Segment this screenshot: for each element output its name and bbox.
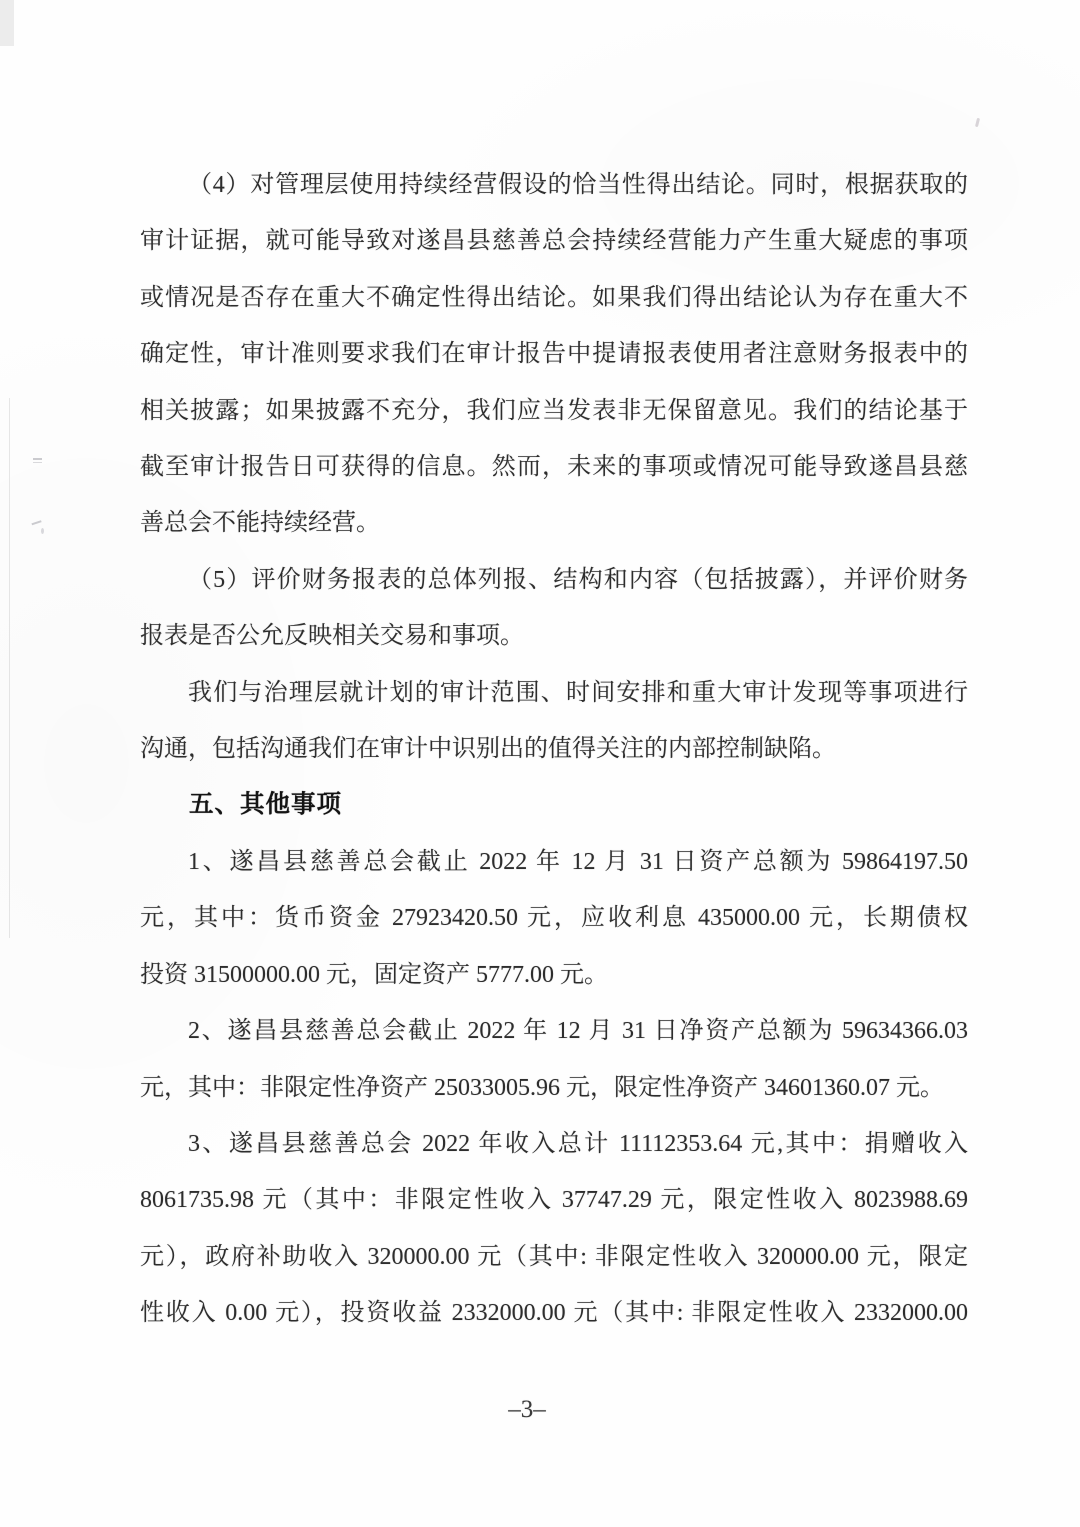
text-line: 审计证据，就可能导致对遂昌县慈善总会持续经营能力产生重大疑虑的事项	[140, 213, 968, 269]
paragraph-audit-responsibility-5: （5）评价财务报表的总体列报、结构和内容（包括披露），并评价财务 报表是否公允反…	[140, 552, 968, 665]
page-number: –3–	[508, 1396, 546, 1423]
text-line: 沟通，包括沟通我们在审计中识别出的值得关注的内部控制缺陷。	[140, 721, 968, 777]
section-heading-other-matters: 五、其他事项	[140, 777, 968, 833]
text-line: 善总会不能持续经营。	[140, 495, 968, 551]
text-line: 或情况是否存在重大不确定性得出结论。如果我们得出结论认为存在重大不	[140, 270, 968, 326]
scan-artifact-corner	[0, 0, 14, 46]
text-line: 投资 31500000.00 元，固定资产 5777.00 元。	[140, 947, 968, 1003]
paragraph-other-matter-3: 3、遂昌县慈善总会 2022 年收入总计 11112353.64 元,其中：捐赠…	[140, 1116, 968, 1342]
page-footer: –3–	[0, 1385, 1054, 1435]
text-line: 1、遂昌县慈善总会截止 2022 年 12 月 31 日资产总额为 598641…	[140, 834, 968, 890]
text-line: 截至审计报告日可获得的信息。然而，未来的事项或情况可能导致遂昌县慈	[140, 439, 968, 495]
scan-artifact-mark	[33, 458, 42, 463]
paragraph-other-matter-1: 1、遂昌县慈善总会截止 2022 年 12 月 31 日资产总额为 598641…	[140, 834, 968, 1003]
text-line: 元，其中：货币资金 27923420.50 元，应收利息 435000.00 元…	[140, 890, 968, 946]
text-line: 相关披露；如果披露不充分，我们应当发表非无保留意见。我们的结论基于	[140, 383, 968, 439]
paragraph-communication: 我们与治理层就计划的审计范围、时间安排和重大审计发现等事项进行 沟通，包括沟通我…	[140, 665, 968, 778]
text-line: 元，其中：非限定性净资产 25033005.96 元，限定性净资产 346013…	[140, 1060, 968, 1116]
scan-artifact-mark	[28, 511, 41, 526]
text-line: 元），政府补助收入 320000.00 元（其中: 非限定性收入 320000.…	[140, 1229, 968, 1285]
scan-artifact-mark	[41, 528, 44, 534]
text-line: 3、遂昌县慈善总会 2022 年收入总计 11112353.64 元,其中：捐赠…	[140, 1116, 968, 1172]
text-line: 报表是否公允反映相关交易和事项。	[140, 608, 968, 664]
text-line: （5）评价财务报表的总体列报、结构和内容（包括披露），并评价财务	[140, 552, 968, 608]
scan-artifact-edge-line	[9, 398, 10, 938]
report-body: （4）对管理层使用持续经营假设的恰当性得出结论。同时，根据获取的 审计证据，就可…	[140, 157, 968, 1342]
text-line: 8061735.98 元（其中：非限定性收入 37747.29 元，限定性收入 …	[140, 1172, 968, 1228]
text-line: 我们与治理层就计划的审计范围、时间安排和重大审计发现等事项进行	[140, 665, 968, 721]
text-line: （4）对管理层使用持续经营假设的恰当性得出结论。同时，根据获取的	[140, 157, 968, 213]
document-page: （4）对管理层使用持续经营假设的恰当性得出结论。同时，根据获取的 审计证据，就可…	[0, 0, 1080, 1527]
text-line: 2、遂昌县慈善总会截止 2022 年 12 月 31 日净资产总额为 59634…	[140, 1003, 968, 1059]
paragraph-audit-responsibility-4: （4）对管理层使用持续经营假设的恰当性得出结论。同时，根据获取的 审计证据，就可…	[140, 157, 968, 552]
scan-artifact-speck	[975, 118, 980, 127]
paragraph-other-matter-2: 2、遂昌县慈善总会截止 2022 年 12 月 31 日净资产总额为 59634…	[140, 1003, 968, 1116]
text-line: 性收入 0.00 元），投资收益 2332000.00 元（其中: 非限定性收入…	[140, 1285, 968, 1341]
text-line: 确定性，审计准则要求我们在审计报告中提请报表使用者注意财务报表中的	[140, 326, 968, 382]
